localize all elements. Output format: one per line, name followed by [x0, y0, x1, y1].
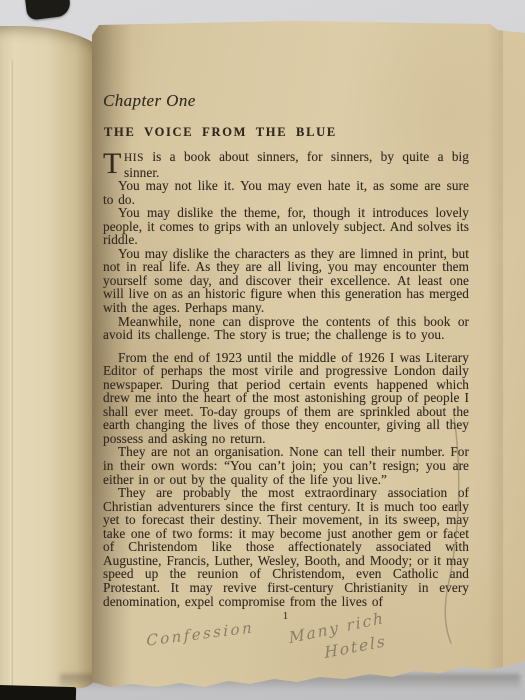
book-photo: Chapter One THE VOICE FROM THE BLUE THIS… [0, 0, 525, 700]
book-cover-bottom-edge [0, 685, 76, 700]
page-number: 1 [103, 611, 469, 622]
first-paragraph-text: is a book about sinners, for sinners, by… [124, 149, 469, 180]
paragraph: You may not like it. You may even hate i… [103, 179, 469, 206]
book-spine-top-edge [25, 0, 72, 21]
paragraph-first: THIS is a book about sinners, for sinner… [103, 150, 469, 179]
drop-cap: T [103, 151, 120, 177]
page-right-edge-shade [487, 21, 503, 687]
handwritten-note-left: Confession [146, 618, 254, 649]
left-page-edge-highlight [10, 60, 13, 700]
chapter-heading: Chapter One [103, 91, 196, 111]
body-text: THIS is a book about sinners, for sinner… [103, 150, 469, 608]
first-word-small-caps: HIS [124, 152, 144, 164]
book-page: Chapter One THE VOICE FROM THE BLUE THIS… [92, 21, 525, 687]
paragraph: From the end of 1923 until the middle of… [103, 351, 469, 446]
paragraph: You may dislike the characters as they a… [103, 247, 469, 315]
left-page-curl [0, 26, 106, 688]
paragraph: They are not an organisation. None can t… [103, 445, 469, 486]
chapter-title: THE VOICE FROM THE BLUE [104, 125, 337, 140]
paragraph: They are probably the most extraordinary… [103, 486, 469, 608]
paragraph: Meanwhile, none can disprove the content… [103, 315, 469, 342]
paragraph: You may dislike the theme, for, though i… [103, 206, 469, 247]
